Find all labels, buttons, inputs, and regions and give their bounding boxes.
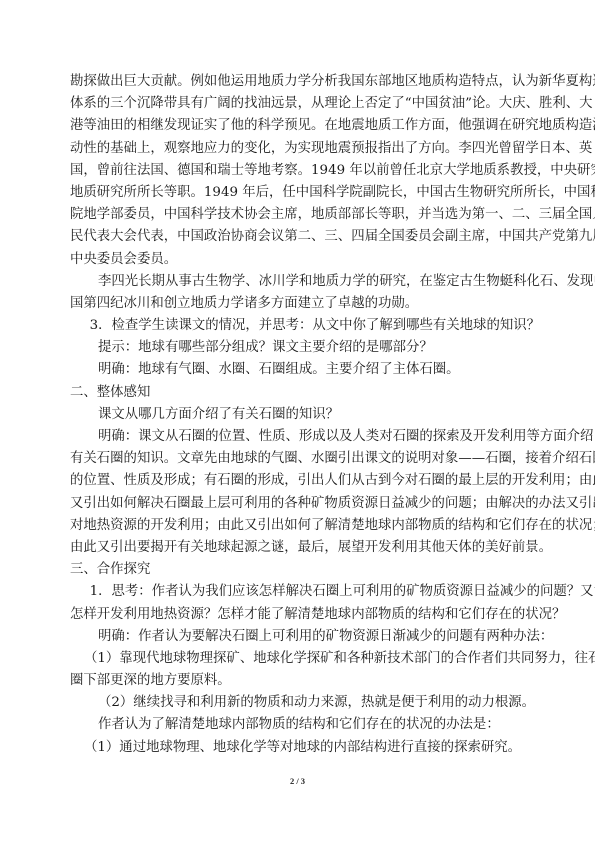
text-line: 明确：作者认为要解决石圈上可利用的矿物资源日渐减少的问题有两种办法： (70, 626, 532, 648)
text-line: 动性的基础上，观察地应力的变化，为实现地震预报指出了方向。李四光曾留学日本、英 (70, 138, 532, 160)
text-line: 港等油田的相继发现证实了他的科学预见。在地震地质工作方面，他强调在研究地质构造活 (70, 115, 532, 137)
text-line: 明确：地球有气圈、水圈、石圈组成。主要介绍了主体石圈。 (70, 359, 532, 381)
text-line: 由此又引出要揭开有关地球起源之谜，最后，展望开发利用其他天体的美好前景。 (70, 537, 532, 559)
document-page: 勘探做出巨大贡献。例如他运用地质力学分析我国东部地区地质构造特点，认为新华夏构造… (0, 0, 595, 841)
text-line: 怎样开发利用地热资源？怎样才能了解清楚地球内部物质的结构和它们存在的状况？ (70, 604, 532, 626)
text-line: （2）继续找寻和利用新的物质和动力来源，热就是便于利用的动力根源。 (70, 692, 532, 714)
text-line: 勘探做出巨大贡献。例如他运用地质力学分析我国东部地区地质构造特点，认为新华夏构造 (70, 71, 532, 93)
text-line: 体系的三个沉降带具有广阔的找油远景，从理论上否定了“中国贫油”论。大庆、胜利、大 (70, 93, 532, 115)
text-line: 1．思考：作者认为我们应该怎样解决石圈上可利用的矿物质资源日益减少的问题？又该 (70, 581, 532, 603)
text-line: 作者认为了解清楚地球内部物质的结构和它们存在的状况的办法是： (70, 714, 532, 736)
text-line: 二、整体感知 (70, 382, 532, 404)
text-line: 国第四纪冰川和创立地质力学诸多方面建立了卓越的功勋。 (70, 293, 532, 315)
document-body: 勘探做出巨大贡献。例如他运用地质力学分析我国东部地区地质构造特点，认为新华夏构造… (70, 71, 532, 759)
text-line: 三、合作探究 (70, 559, 532, 581)
text-line: 提示：地球有哪些部分组成？课文主要介绍的是哪部分？ (70, 337, 532, 359)
text-line: 民代表大会代表，中国政治协商会议第二、三、四届全国委员会副主席，中国共产党第九届 (70, 226, 532, 248)
text-line: （1）靠现代地球物理探矿、地球化学探矿和各种新技术部门的合作者们共同努力，往石 (70, 648, 532, 670)
text-line: 3．检查学生读课文的情况，并思考：从文中你了解到哪些有关地球的知识？ (70, 315, 532, 337)
text-line: 圈下部更深的地方要原料。 (70, 670, 532, 692)
text-line: 地质研究所所长等职。1949 年后，任中国科学院副院长，中国古生物研究所所长，中… (70, 182, 532, 204)
text-line: （1）通过地球物理、地球化学等对地球的内部结构进行直接的探索研究。 (70, 737, 532, 759)
page-number: 2 / 3 (0, 776, 595, 786)
text-line: 李四光长期从事古生物学、冰川学和地质力学的研究，在鉴定古生物蜓科化石、发现中 (70, 271, 532, 293)
text-line: 对地热资源的开发利用；由此又引出如何了解清楚地球内部物质的结构和它们存在的状况； (70, 515, 532, 537)
text-line: 课文从哪几方面介绍了有关石圈的知识？ (70, 404, 532, 426)
text-line: 明确：课文从石圈的位置、性质、形成以及人类对石圈的探索及开发利用等方面介绍了 (70, 426, 532, 448)
text-line: 中央委员会委员。 (70, 249, 532, 271)
text-line: 有关石圈的知识。文章先由地球的气圈、水圈引出课文的说明对象——石圈，接着介绍石圈 (70, 448, 532, 470)
text-line: 国，曾前往法国、德国和瑞士等地考察。1949 年以前曾任北京大学地质系教授，中央… (70, 160, 532, 182)
text-line: 的位置、性质及形成；有石圈的形成，引出人们从古到今对石圈的最上层的开发利用；由此 (70, 470, 532, 492)
text-line: 院地学部委员，中国科学技术协会主席，地质部部长等职，并当选为第一、二、三届全国人 (70, 204, 532, 226)
text-line: 又引出如何解决石圈最上层可利用的各种矿物质资源日益减少的问题；由解决的办法又引出 (70, 493, 532, 515)
